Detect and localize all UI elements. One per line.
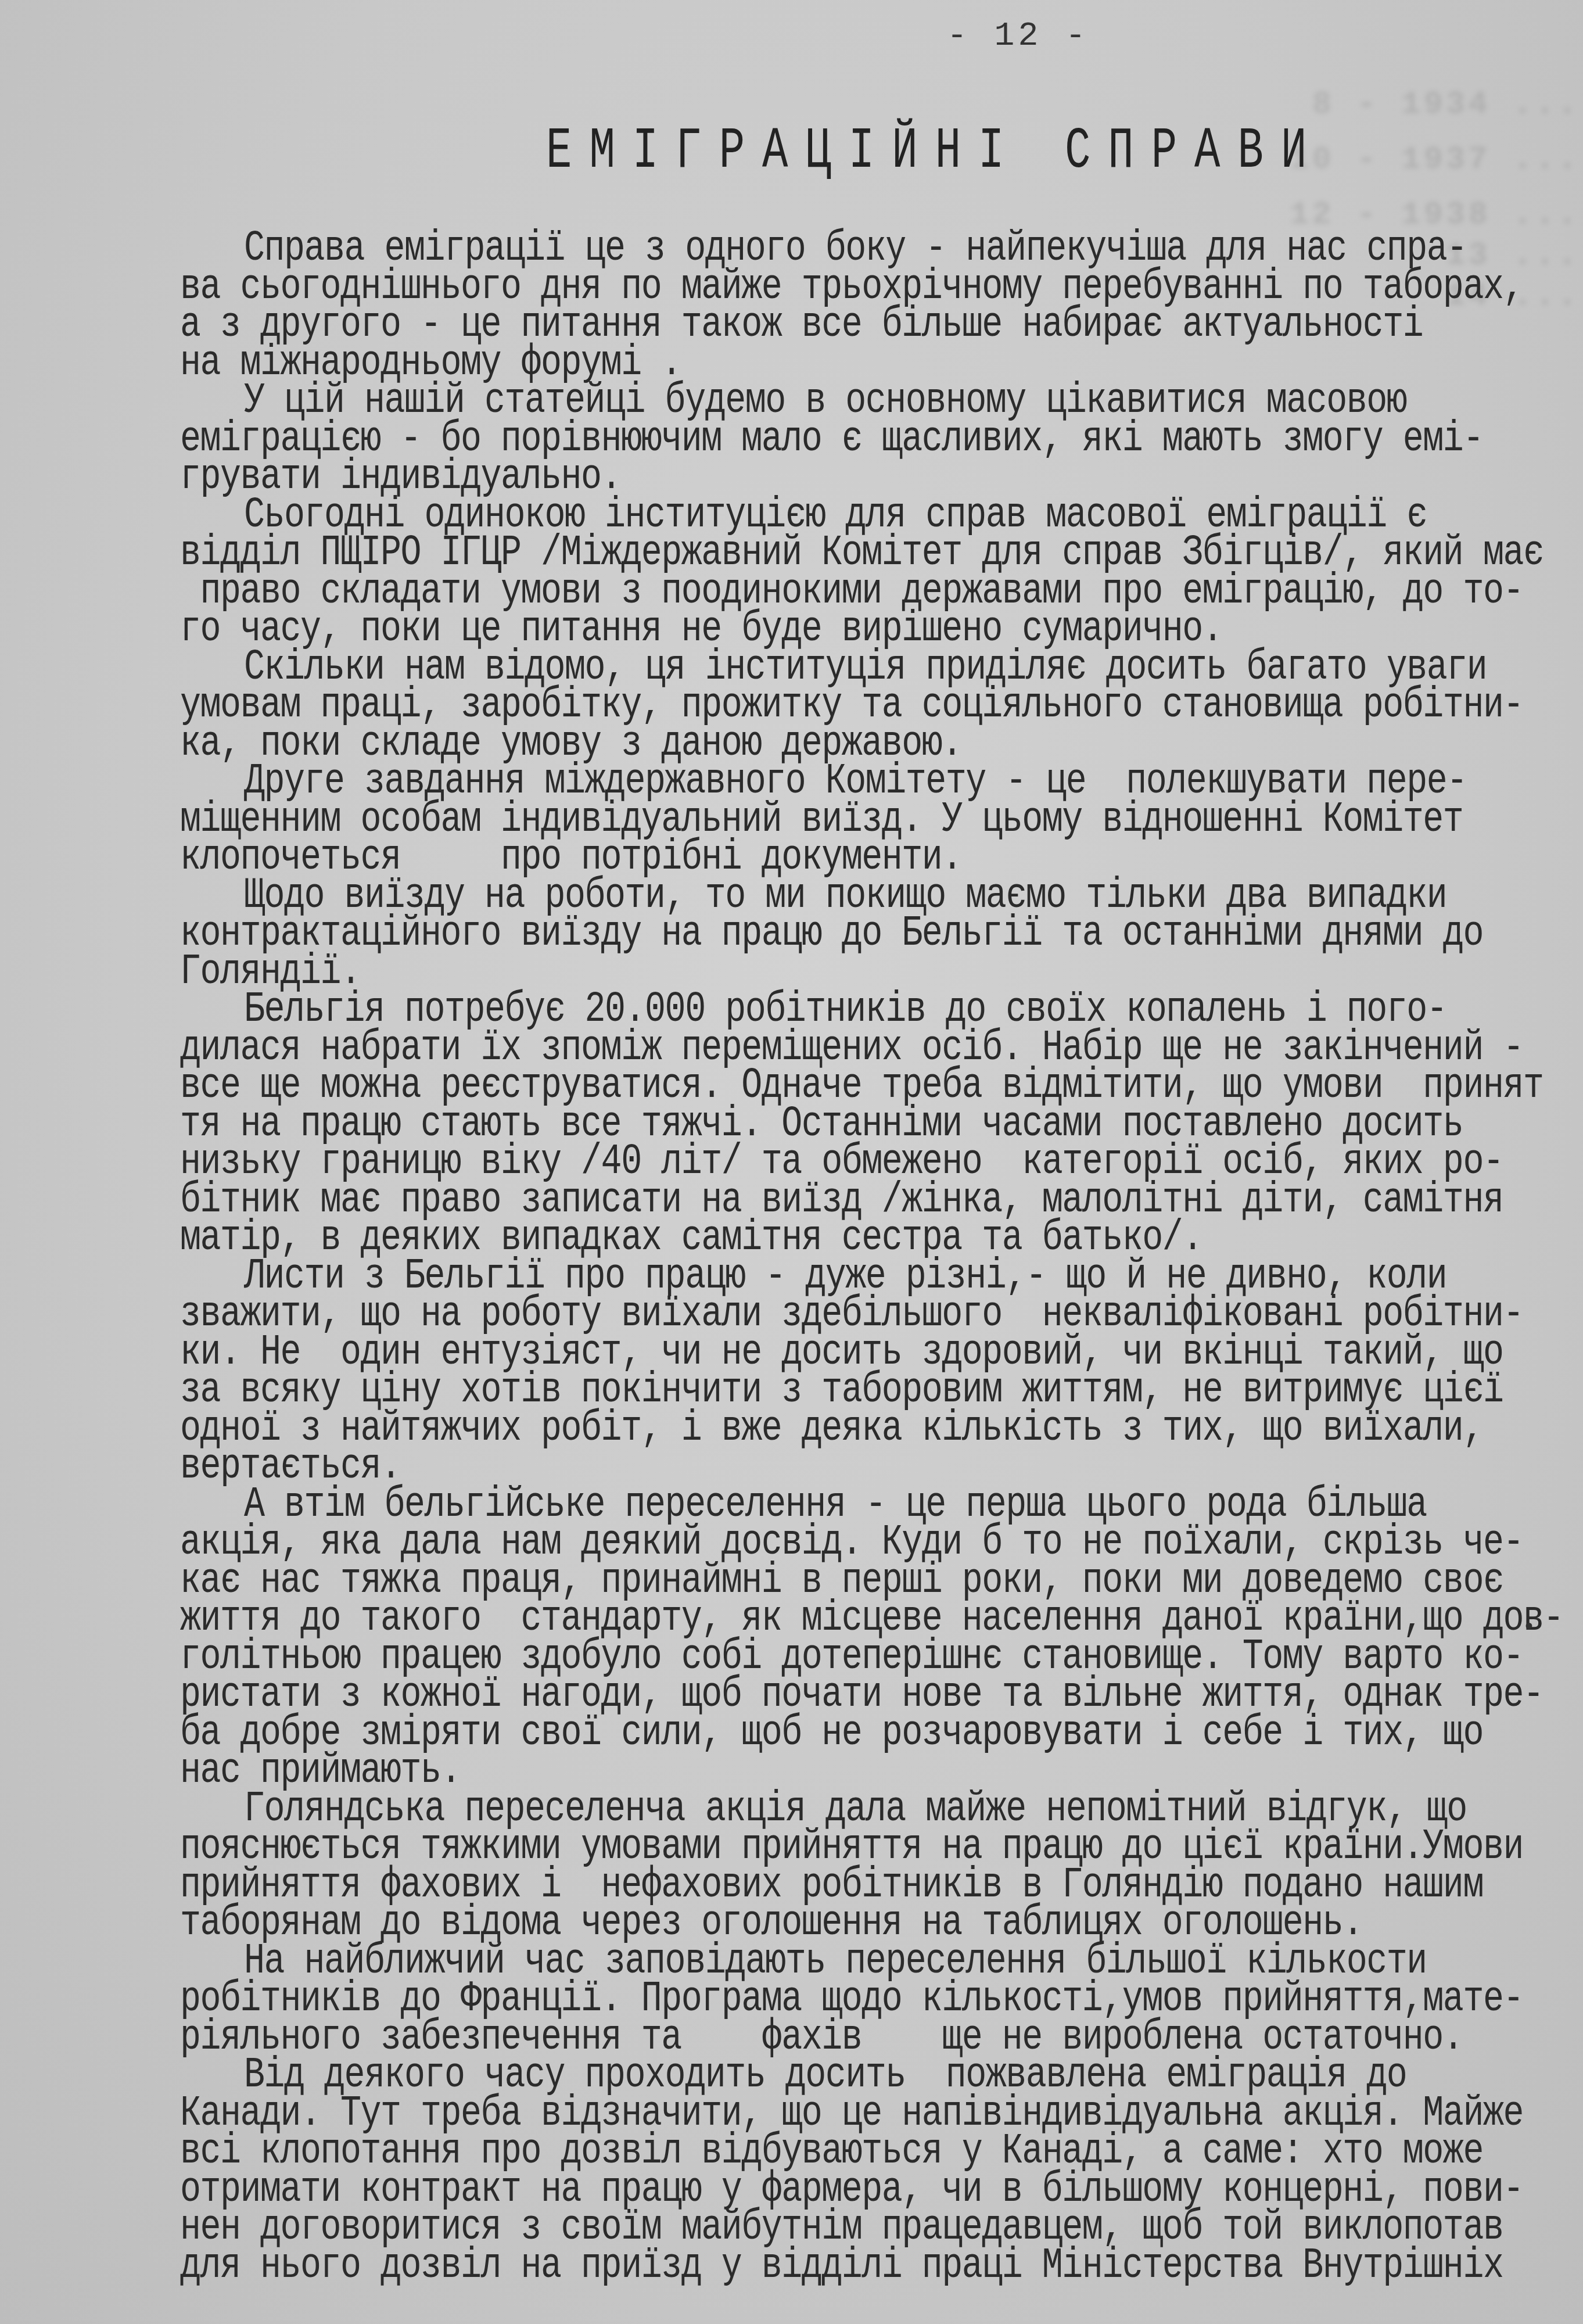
paragraph: Голяндська переселенча акція дала майже … — [180, 1796, 1516, 1948]
paragraph: Від деякого часу проходить досить пожвав… — [180, 2062, 1516, 2290]
paragraph: А втім бельгійське переселення - це перш… — [180, 1491, 1516, 1796]
paragraph: Скільки нам відомо, ця інституція приділ… — [180, 654, 1516, 769]
text-line: для нього дозвіл на приїзд у відділі пра… — [180, 2243, 1516, 2290]
paragraph: Бельгія потребує 20.000 робітників до св… — [180, 996, 1516, 1263]
page-number: - 12 - — [947, 17, 1089, 55]
margin-mark: • — [1522, 1615, 1536, 1641]
paragraph: У цій нашій статейці будемо в основному … — [180, 388, 1516, 502]
document-body: Справа еміграції це з одного боку - найп… — [180, 235, 1516, 2290]
paragraph: Листи з Бельгії про працю - дуже різні,-… — [180, 1263, 1516, 1491]
paragraph: Справа еміграції це з одного боку - найп… — [180, 235, 1516, 388]
paragraph: На найближчий час заповідають переселенн… — [180, 1948, 1516, 2063]
paragraph: Щодо виїзду на роботи, то ми покищо маєм… — [180, 883, 1516, 997]
paragraph: Друге завдання міждержавного Комітету - … — [180, 768, 1516, 883]
paragraph: Сьогодні одинокою інституцією для справ … — [180, 502, 1516, 654]
page-title: ЕМІГРАЦІЙНІ СПРАВИ — [546, 119, 1324, 185]
